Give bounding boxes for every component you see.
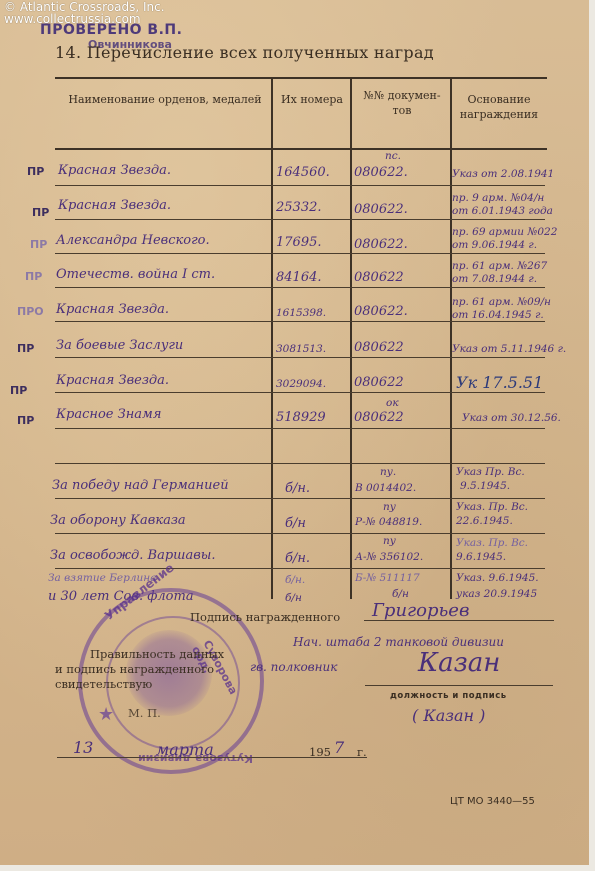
certify-label-line1: Правильность данных [90, 647, 224, 661]
column-divider-1 [271, 79, 273, 599]
row-mark: ПР [32, 206, 49, 219]
official-signature-line [365, 685, 553, 686]
row-rule [55, 498, 545, 499]
document-number: 080622. [354, 165, 408, 180]
award-name: Красная Звезда. [58, 163, 171, 178]
column-divider-3 [450, 79, 452, 599]
star-icon: ★ [98, 704, 114, 725]
document-number: А-№ 356102. [355, 551, 423, 563]
row-rule [55, 357, 545, 358]
row-rule [55, 568, 545, 569]
row-mark: ПР [25, 270, 42, 283]
row-rule [55, 463, 545, 464]
official-signature: Казан [418, 648, 500, 678]
document-number: 080622 [354, 375, 404, 390]
row-mark: ПР [30, 238, 47, 251]
row-mark: ПР [27, 165, 44, 178]
award-number: 164560. [276, 165, 330, 180]
document-number: 080622. [354, 304, 408, 319]
award-number: 84164. [276, 270, 322, 285]
header-number: Их номера [275, 92, 349, 107]
award-basis: Указ. Пр. Вс. [456, 501, 528, 513]
award-name: За освобожд. Варшавы. [50, 548, 216, 563]
row-mark: ПР [17, 414, 34, 427]
award-number: б/н [285, 516, 306, 531]
award-name: Красное Знамя [56, 407, 161, 422]
recipient-signature-label: Подпись награжденного [190, 610, 340, 624]
award-number: 1615398. [276, 307, 326, 319]
row-rule [55, 185, 545, 186]
document-number: 080622. [354, 237, 408, 252]
row-rule [55, 219, 545, 220]
date-year-prefix: 195 [309, 745, 331, 759]
certify-label-line3: свидетельствую [55, 677, 152, 691]
award-basis: пр. 69 армии №022 [452, 226, 557, 238]
stamp-place-mark: М. П. [128, 706, 161, 720]
award-name: Красная Звезда. [58, 198, 171, 213]
award-number: 3081513. [276, 343, 326, 355]
verified-stamp: ПРОВЕРЕНО В.П. [40, 22, 182, 38]
award-basis: пр. 61 арм. №267 [452, 260, 547, 272]
award-basis: Указ от 30.12.56. [462, 412, 561, 424]
award-basis: Указ от 2.08.1941 [452, 168, 554, 180]
award-basis: Указ от 5.11.1946 г. [452, 343, 566, 355]
award-basis-date: от 7.08.1944 г. [452, 273, 537, 285]
award-basis: Указ. 9.6.1945. [456, 572, 539, 584]
print-code: ЦТ МО 3440—55 [450, 796, 535, 807]
award-name: За боевые Заслуги [56, 338, 183, 353]
award-number: 25332. [276, 200, 322, 215]
role-signature-label: должность и подпись [390, 691, 507, 701]
row-rule [55, 253, 545, 254]
award-name: За оборону Кавказа [50, 513, 186, 528]
award-basis-date: 9.6.1945. [456, 551, 506, 563]
document-number: 080622 [354, 410, 404, 425]
award-basis: Ук 17.5.51 [456, 373, 543, 392]
document-note: ок [386, 397, 399, 409]
header-basis: Основание награждения [455, 92, 543, 122]
award-basis-date: 22.6.1945. [456, 515, 513, 527]
document-number: 080622. [354, 202, 408, 217]
award-basis: Указ. Пр. Вс. [456, 537, 528, 549]
row-mark: ПР [17, 342, 34, 355]
award-basis: Указ Пр. Вс. [456, 466, 525, 478]
award-number: 17695. [276, 235, 322, 250]
row-rule [55, 392, 545, 393]
table-header-rule [55, 148, 547, 150]
document-number: б/н [392, 588, 409, 600]
column-divider-2 [350, 79, 352, 599]
award-number: б/н. [285, 574, 305, 586]
row-mark: ПРО [17, 305, 44, 318]
header-documents: №№ докумен-тов [356, 88, 448, 118]
official-position-line2: гв. полковник [250, 661, 337, 673]
document-note: пу [383, 535, 396, 547]
award-name: Отечеств. война I ст. [56, 267, 215, 282]
award-name: Александра Невского. [56, 233, 210, 248]
page-edge-bottom [0, 865, 595, 871]
award-name: Красная Звезда. [56, 302, 169, 317]
table-top-rule [55, 77, 547, 79]
row-rule [55, 287, 545, 288]
row-mark: ПР [10, 384, 27, 397]
row-rule [55, 321, 545, 322]
document-number: 080622 [354, 270, 404, 285]
row-rule [55, 533, 545, 534]
row-rule [55, 428, 545, 429]
document-note: пс. [385, 150, 401, 162]
award-name: Красная Звезда. [56, 373, 169, 388]
award-number: 3029094. [276, 378, 326, 390]
certify-label-line2: и подпись награжденного [55, 662, 214, 676]
page-edge-right [589, 0, 595, 871]
document-number: Р-№ 048819. [355, 516, 422, 528]
document-note: пу [383, 501, 396, 513]
award-basis: пр. 61 арм. №09/н [452, 296, 551, 308]
date-day: 13 [73, 738, 93, 757]
award-basis-date: 9.5.1945. [460, 480, 510, 492]
award-basis-date: от 6.01.1943 года [452, 205, 553, 217]
header-award-name: Наименование орденов, медалей [60, 92, 270, 107]
document-number: 080622 [354, 340, 404, 355]
award-number: б/н [285, 592, 302, 604]
award-number: 518929 [276, 410, 326, 425]
award-number: б/н. [285, 481, 310, 496]
date-year-digit: 7 [334, 738, 344, 757]
document-number: Б-№ 511117 [355, 572, 420, 584]
award-basis: указ 20.9.1945 [456, 588, 537, 600]
section-title: 14. Перечисление всех полученных наград [55, 43, 434, 62]
official-name: ( Казан ) [412, 706, 485, 725]
document-note: пу. [380, 466, 396, 478]
official-position-line1: Нач. штаба 2 танковой дивизии [293, 636, 504, 648]
award-basis-date: от 16.04.1945 г. [452, 309, 544, 321]
award-number: б/н. [285, 551, 310, 566]
date-year-suffix: г. [357, 745, 367, 759]
award-name: За победу над Германией [52, 478, 229, 493]
document-number: В 0014402. [355, 482, 416, 494]
award-basis-date: от 9.06.1944 г. [452, 239, 537, 251]
date-month: марта [156, 740, 214, 759]
recipient-signature: Григорьев [372, 600, 469, 621]
award-basis: пр. 9 арм. №04/н [452, 192, 544, 204]
